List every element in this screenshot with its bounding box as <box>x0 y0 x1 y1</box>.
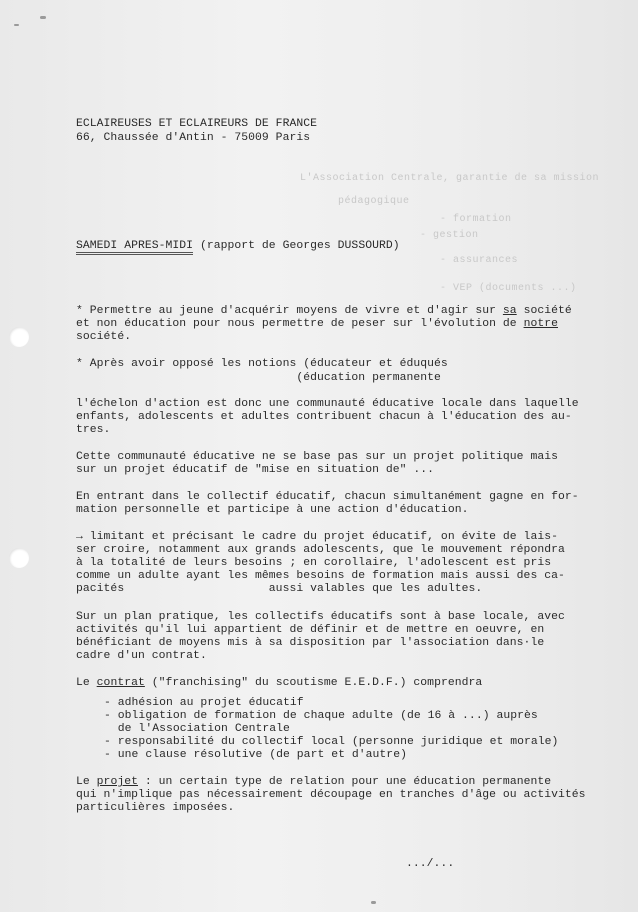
bleedthrough-text: L'Association Centrale, garantie de sa m… <box>300 173 599 184</box>
paragraph-line: l'échelon d'action est donc une communau… <box>76 398 579 411</box>
text-span: limitant et précisant le cadre du projet… <box>83 531 558 543</box>
contract-item: - adhésion au projet éducatif <box>76 697 304 710</box>
bullet-line: (éducation permanente <box>76 372 441 385</box>
text-span: * Permettre au jeune d'acquérir moyens d… <box>76 305 503 317</box>
smudge-mark <box>40 16 46 19</box>
bleedthrough-text: - assurances <box>440 255 518 266</box>
paragraph-line: Cette communauté éducative ne se base pa… <box>76 451 558 464</box>
underlined-word: notre <box>524 318 558 330</box>
scanned-page: L'Association Centrale, garantie de sa m… <box>0 0 638 912</box>
contract-item: - responsabilité du collectif local (per… <box>76 736 558 749</box>
text-span: : un certain type de relation pour une é… <box>138 776 551 788</box>
contract-item: de l'Association Centrale <box>76 723 290 736</box>
paragraph-line: particulières imposées. <box>76 802 234 815</box>
paragraph-line: ser croire, notamment aux grands adolesc… <box>76 544 565 557</box>
paragraph-line: mation personnelle et participe à une ac… <box>76 504 468 517</box>
paragraph-line: Sur un plan pratique, les collectifs édu… <box>76 611 565 624</box>
bullet-line: * Permettre au jeune d'acquérir moyens d… <box>76 305 572 318</box>
bleedthrough-text: pédagogique <box>338 196 410 207</box>
contract-item: - obligation de formation de chaque adul… <box>76 710 538 723</box>
underlined-word: projet <box>97 776 138 788</box>
paragraph-line: En entrant dans le collectif éducatif, c… <box>76 491 579 504</box>
arrow-icon: → <box>76 531 83 543</box>
text-span: ("franchising" du scoutisme E.E.D.F.) co… <box>145 677 482 689</box>
paragraph-line: cadre d'un contrat. <box>76 650 207 663</box>
bleedthrough-text: - gestion <box>420 230 479 241</box>
paragraph-line: pacités aussi valables que les adultes. <box>76 583 482 596</box>
bullet-line: * Après avoir opposé les notions (éducat… <box>76 358 448 371</box>
text-span: Le <box>76 776 97 788</box>
paragraph-line: enfants, adolescents et adultes contribu… <box>76 411 572 424</box>
continuation-mark: .../... <box>406 858 454 871</box>
text-span: société <box>517 305 572 317</box>
report-title: SAMEDI APRES-MIDI (rapport de Georges DU… <box>76 240 400 253</box>
paragraph-line: tres. <box>76 424 110 437</box>
underlined-word: sa <box>503 305 517 317</box>
bullet-line: et non éducation pour nous permettre de … <box>76 318 558 331</box>
paragraph-line: sur un projet éducatif de "mise en situa… <box>76 464 434 477</box>
session-heading: SAMEDI APRES-MIDI <box>76 240 193 255</box>
contract-heading: Le contrat ("franchising" du scoutisme E… <box>76 677 482 690</box>
underlined-word: contrat <box>97 677 145 689</box>
bleedthrough-text: - VEP (documents ...) <box>440 283 577 294</box>
text-span: Le <box>76 677 97 689</box>
paragraph-line: qui n'implique pas nécessairement découp… <box>76 789 586 802</box>
smudge-mark <box>371 901 376 904</box>
paragraph-line: à la totalité de leurs besoins ; en coro… <box>76 557 551 570</box>
paragraph-line: → limitant et précisant le cadre du proj… <box>76 531 558 544</box>
bullet-line: société. <box>76 331 131 344</box>
contract-item: - une clause résolutive (de part et d'au… <box>76 749 407 762</box>
project-heading: Le projet : un certain type de relation … <box>76 776 551 789</box>
organization-address: 66, Chaussée d'Antin - 75009 Paris <box>76 132 310 145</box>
paragraph-line: activités qu'il lui appartient de défini… <box>76 624 544 637</box>
smudge-mark <box>14 24 19 26</box>
text-span: et non éducation pour nous permettre de … <box>76 318 524 330</box>
report-author: (rapport de Georges DUSSOURD) <box>193 240 400 252</box>
bleedthrough-text: - formation <box>440 214 512 225</box>
paragraph-line: bénéficiant de moyens mis à sa dispositi… <box>76 637 544 650</box>
punch-hole <box>9 548 29 568</box>
organization-name: ECLAIREUSES ET ECLAIREURS DE FRANCE <box>76 118 317 131</box>
paragraph-line: comme un adulte ayant les mêmes besoins … <box>76 570 565 583</box>
punch-hole <box>9 327 29 347</box>
